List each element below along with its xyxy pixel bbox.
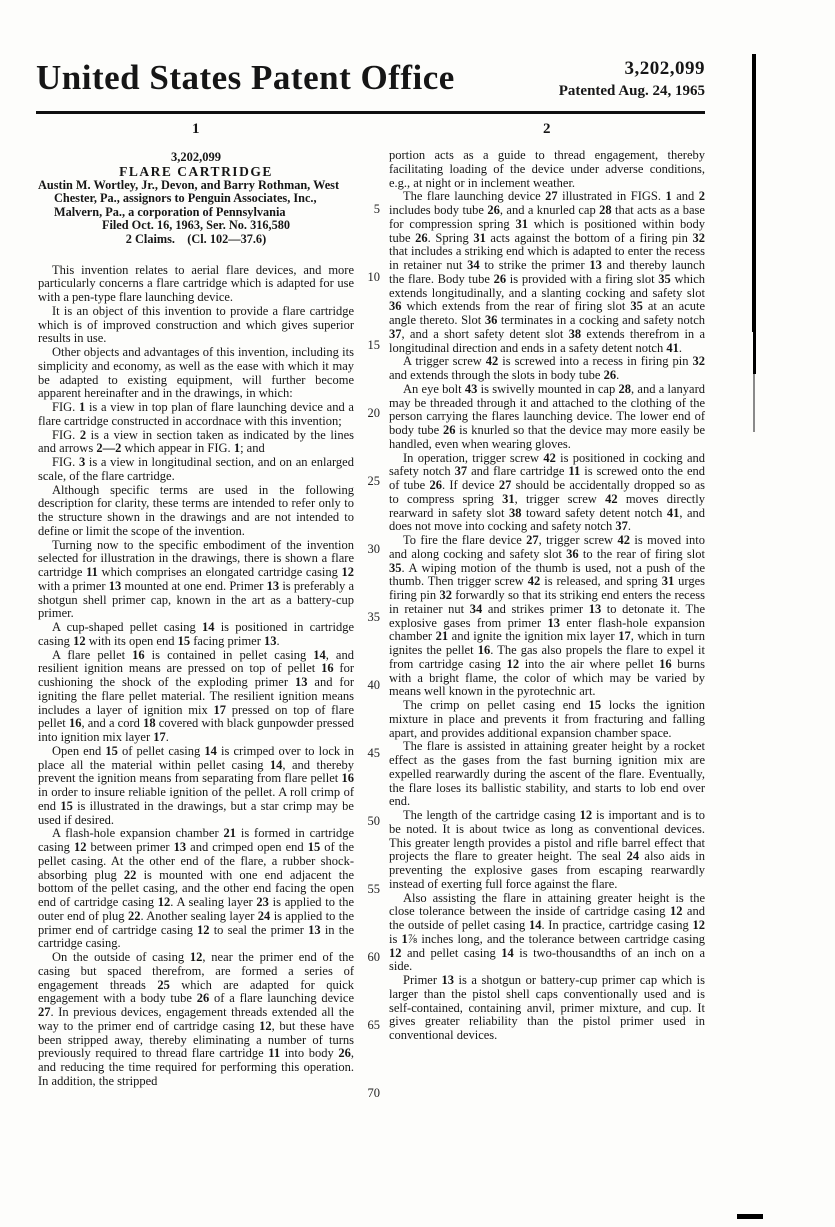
right-column-body: portion acts as a guide to thread engage… bbox=[389, 149, 705, 1043]
paragraph: portion acts as a guide to thread engage… bbox=[389, 149, 705, 190]
line-number: 55 bbox=[354, 882, 380, 897]
title-block-inventor-line: Malvern, Pa., a corporation of Pennsylva… bbox=[38, 206, 354, 220]
title-block-inventor-line: Chester, Pa., assignors to Penguin Assoc… bbox=[38, 192, 354, 206]
right-column: portion acts as a guide to thread engage… bbox=[389, 149, 705, 1043]
title-block-filed-line: Filed Oct. 16, 1963, Ser. No. 316,580 bbox=[38, 219, 354, 233]
paragraph: Other objects and advantages of this inv… bbox=[38, 346, 354, 401]
paragraph: In operation, trigger screw 42 is positi… bbox=[389, 452, 705, 535]
paragraph: To fire the flare device 27, trigger scr… bbox=[389, 534, 705, 699]
line-number: 25 bbox=[354, 474, 380, 489]
column-number-right: 2 bbox=[543, 121, 551, 138]
paragraph: It is an object of this invention to pro… bbox=[38, 305, 354, 346]
paragraph: Also assisting the flare in attaining gr… bbox=[389, 892, 705, 975]
line-number: 30 bbox=[354, 542, 380, 557]
paragraph: A trigger screw 42 is screwed into a rec… bbox=[389, 355, 705, 383]
title-block-inventor-line: Austin M. Wortley, Jr., Devon, and Barry… bbox=[38, 179, 354, 193]
line-number: 70 bbox=[354, 1086, 380, 1101]
scan-artifact-vertical-line bbox=[752, 54, 756, 332]
paragraph: A cup-shaped pellet casing 14 is positio… bbox=[38, 621, 354, 649]
paragraph: On the outside of casing 12, near the pr… bbox=[38, 951, 354, 1089]
paragraph: The flare is assisted in attaining great… bbox=[389, 740, 705, 809]
paragraph: Open end 15 of pellet casing 14 is crimp… bbox=[38, 745, 354, 828]
line-number: 5 bbox=[354, 202, 380, 217]
scan-artifact-bottom-mark bbox=[737, 1214, 763, 1219]
left-column: 3,202,099 FLARE CARTRIDGE Austin M. Wort… bbox=[38, 151, 354, 1089]
header-office-name: United States Patent Office bbox=[36, 58, 455, 98]
header-patented-date: Patented Aug. 24, 1965 bbox=[559, 83, 705, 100]
paragraph: The crimp on pellet casing end 15 locks … bbox=[389, 699, 705, 740]
line-number: 60 bbox=[354, 950, 380, 965]
paragraph: Turning now to the specific embodiment o… bbox=[38, 539, 354, 622]
column-number-left: 1 bbox=[192, 121, 200, 138]
paragraph: An eye bolt 43 is swivelly mounted in ca… bbox=[389, 383, 705, 452]
header-divider-rule bbox=[36, 111, 705, 114]
line-number: 45 bbox=[354, 746, 380, 761]
paragraph: The length of the cartridge casing 12 is… bbox=[389, 809, 705, 892]
title-block-inventors: Austin M. Wortley, Jr., Devon, and Barry… bbox=[38, 179, 354, 220]
line-number: 35 bbox=[354, 610, 380, 625]
line-number: 20 bbox=[354, 406, 380, 421]
paragraph: A flare pellet 16 is contained in pellet… bbox=[38, 649, 354, 745]
scan-artifact-vertical-line bbox=[753, 332, 756, 374]
paragraph: The flare launching device 27 illustrate… bbox=[389, 190, 705, 355]
header-right-block: 3,202,099 Patented Aug. 24, 1965 bbox=[559, 58, 705, 100]
line-number: 50 bbox=[354, 814, 380, 829]
title-block-claims-line: 2 Claims. (Cl. 102—37.6) bbox=[38, 233, 354, 247]
line-number: 65 bbox=[354, 1018, 380, 1033]
paragraph: FIG. 3 is a view in longitudinal section… bbox=[38, 456, 354, 484]
paragraph: FIG. 1 is a view in top plan of flare la… bbox=[38, 401, 354, 429]
paragraph: A flash-hole expansion chamber 21 is for… bbox=[38, 827, 354, 951]
line-number: 10 bbox=[354, 270, 380, 285]
paragraph: This invention relates to aerial flare d… bbox=[38, 264, 354, 305]
scan-artifact-vertical-line bbox=[753, 374, 755, 432]
paragraph: Although specific terms are used in the … bbox=[38, 484, 354, 539]
line-number: 40 bbox=[354, 678, 380, 693]
patent-page: United States Patent Office 3,202,099 Pa… bbox=[0, 0, 835, 1227]
paragraph: FIG. 2 is a view in section taken as ind… bbox=[38, 429, 354, 457]
line-number: 15 bbox=[354, 338, 380, 353]
left-column-body: This invention relates to aerial flare d… bbox=[38, 264, 354, 1089]
header-patent-number: 3,202,099 bbox=[559, 58, 705, 80]
title-block-patent-number: 3,202,099 bbox=[38, 151, 354, 165]
paragraph: Primer 13 is a shotgun or battery-cup pr… bbox=[389, 974, 705, 1043]
title-block-invention-title: FLARE CARTRIDGE bbox=[38, 165, 354, 179]
